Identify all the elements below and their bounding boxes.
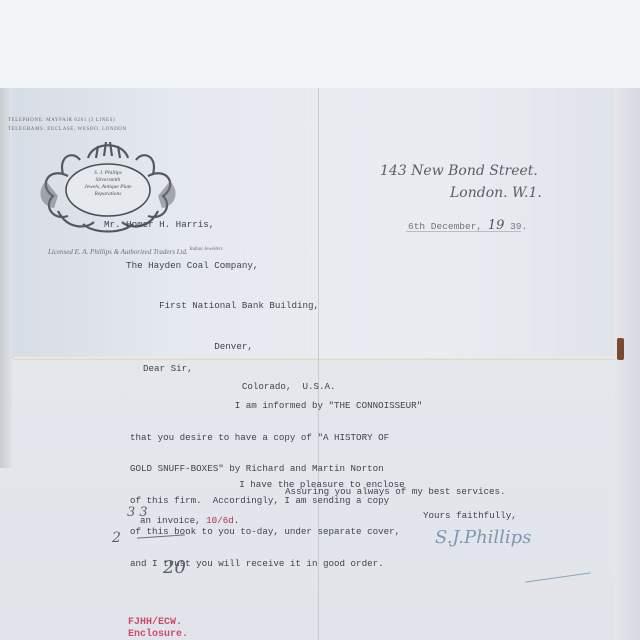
date-year: 39. bbox=[510, 221, 527, 232]
date-day-month: 6th December, bbox=[408, 221, 482, 232]
reference-initials: FJHH/ECW.Enclosure. bbox=[128, 617, 188, 640]
salutation: Dear Sir, bbox=[143, 363, 193, 375]
letter-date: 6th December, 19 39. bbox=[408, 218, 628, 234]
reference-line: FJHH/ECW. bbox=[128, 617, 188, 629]
body-line: I am informed by "THE CONNOISSEUR" bbox=[130, 401, 422, 412]
crest-line: S. J. Phillips bbox=[68, 170, 148, 177]
invoice-suffix: . bbox=[234, 515, 240, 526]
recipient-line: Denver, bbox=[104, 339, 336, 356]
invoice-text: an invoice, bbox=[140, 515, 206, 526]
telephone-line: Telephone: Mayfair 6261 (3 lines) bbox=[8, 116, 198, 125]
valediction: Yours faithfully, bbox=[423, 510, 517, 522]
body-line: an invoice, 10/6d. bbox=[140, 515, 405, 527]
recipient-line: The Hayden Coal Company, bbox=[104, 258, 336, 275]
crest-line: Jewels, Antique Plate bbox=[68, 184, 148, 191]
invoice-amount: 10/6d bbox=[206, 515, 234, 526]
crest-line: Silversmith bbox=[68, 177, 148, 184]
closing-line: Assuring you always of my best services. bbox=[285, 486, 506, 498]
pencil-note-bottom: 20 bbox=[163, 557, 186, 578]
pencil-note-top: 3 3 bbox=[127, 505, 148, 520]
recipient-address: Mr. Homer H. Harris, The Hayden Coal Com… bbox=[104, 193, 336, 408]
enclosure-line: Enclosure. bbox=[128, 629, 188, 640]
background bbox=[0, 0, 640, 88]
recipient-line: First National Bank Building, bbox=[104, 298, 336, 315]
date-century: 19 bbox=[488, 218, 505, 233]
paper-left-edge bbox=[0, 88, 12, 468]
address-line: London. W.1. bbox=[380, 182, 620, 204]
pencil-note-left: 2 bbox=[112, 530, 121, 546]
torn-edge bbox=[617, 338, 624, 360]
address-line: 143 New Bond Street. bbox=[380, 160, 620, 182]
letterhead-contact: Telephone: Mayfair 6261 (3 lines) Telegr… bbox=[8, 116, 198, 134]
telegrams-line: Telegrams: Euclase, Wesdo, London bbox=[8, 125, 198, 134]
signature: S.J.Phillips bbox=[435, 527, 595, 587]
sender-address: 143 New Bond Street. London. W.1. bbox=[380, 160, 620, 204]
recipient-line: Mr. Homer H. Harris, bbox=[104, 217, 336, 234]
body-line: that you desire to have a copy of "A HIS… bbox=[130, 433, 422, 444]
